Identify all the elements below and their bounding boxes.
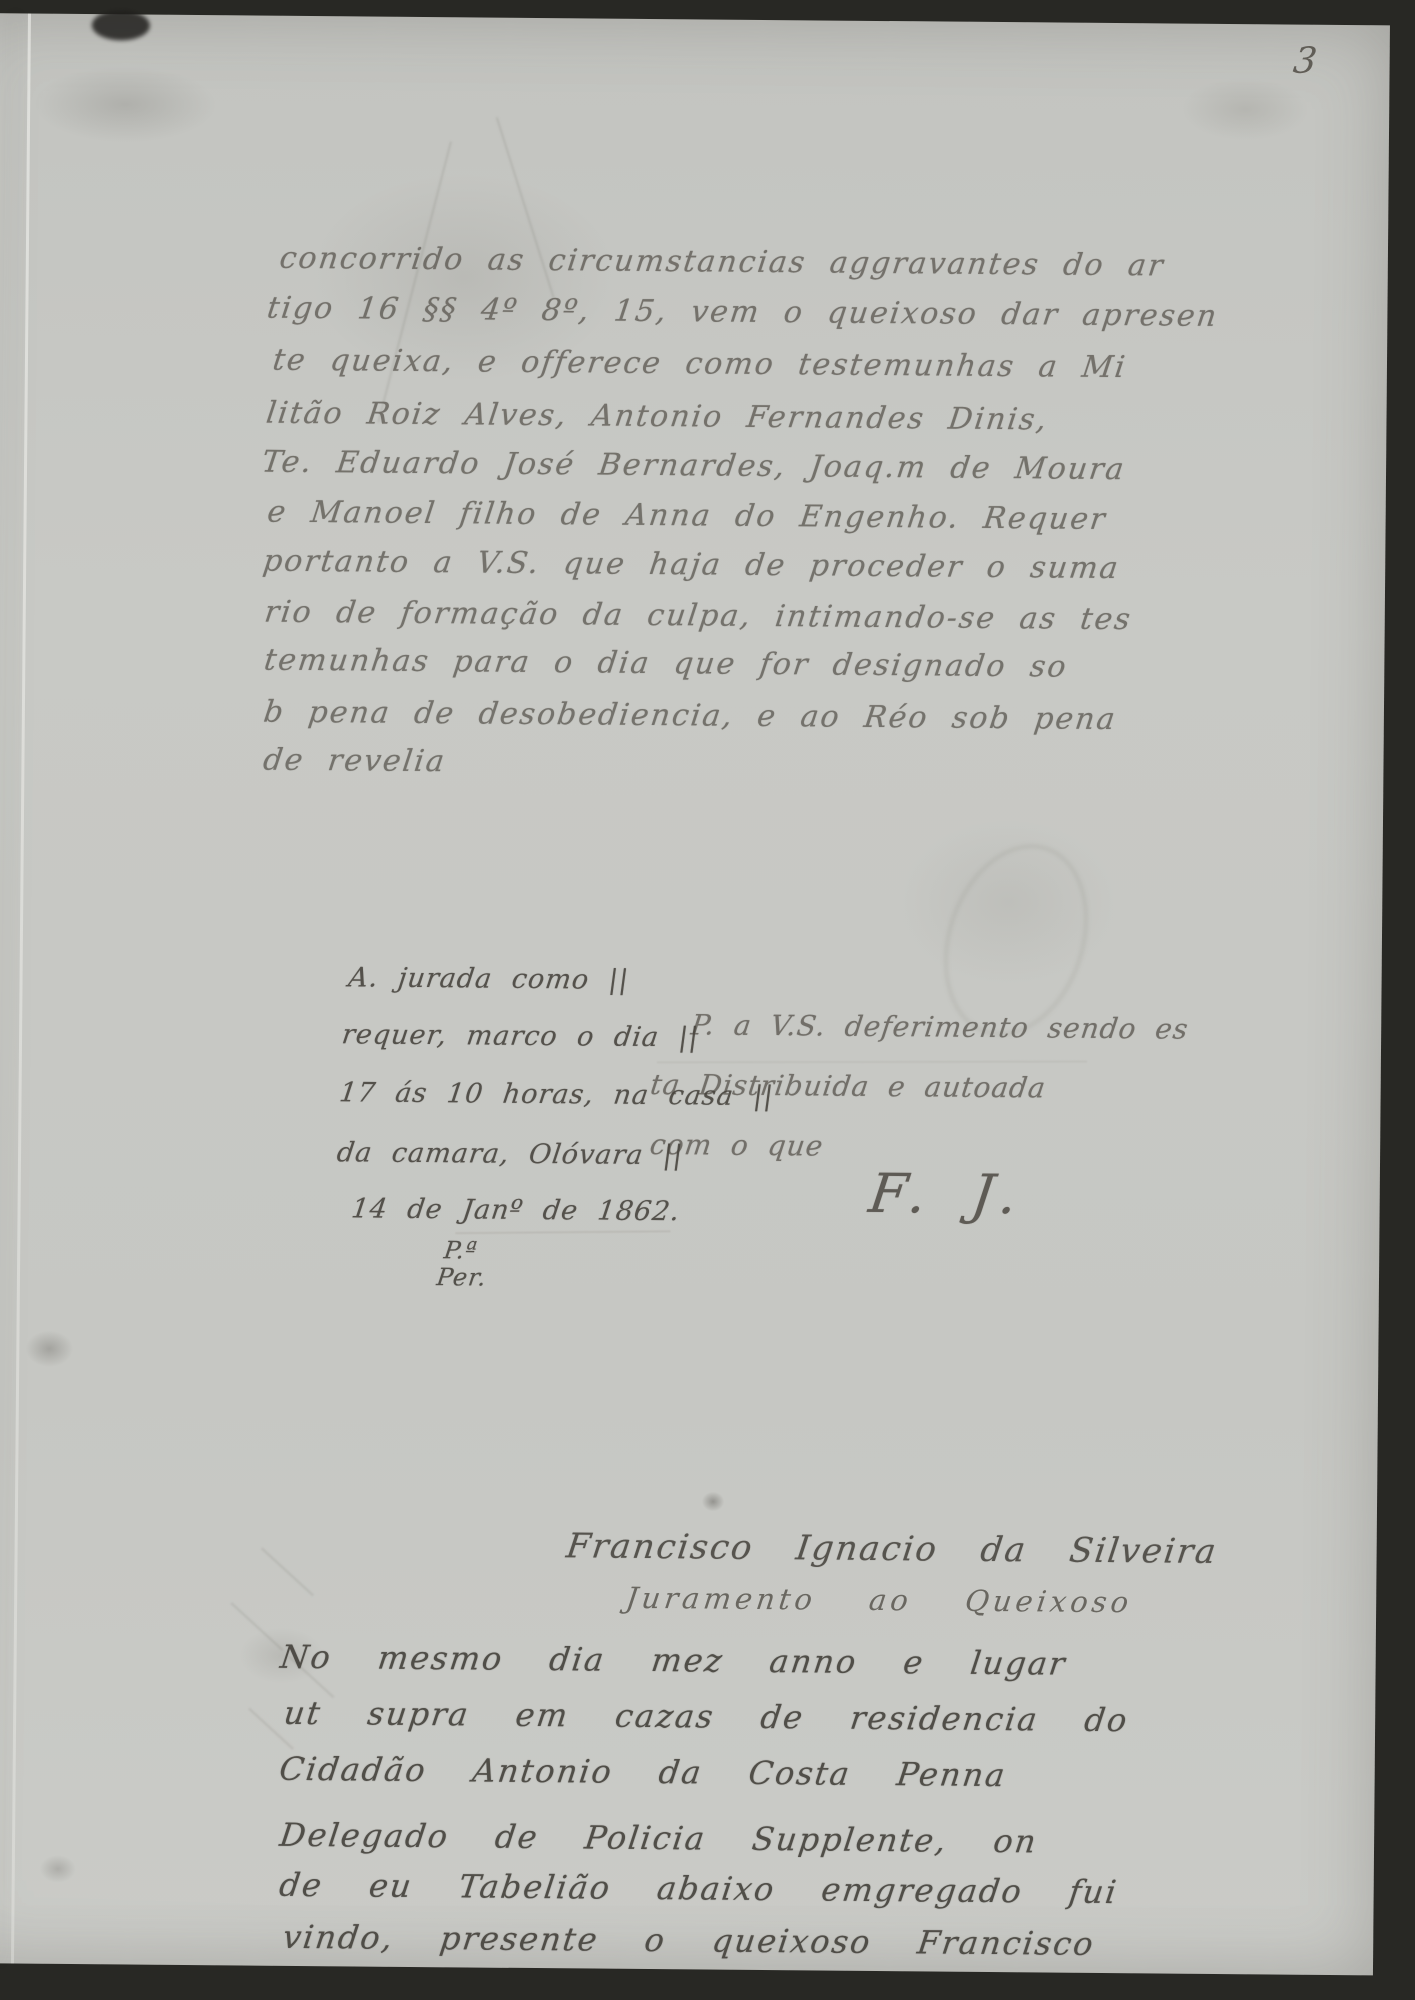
despacho-right-line: P. a V.S. deferimento sendo es <box>689 1008 1191 1045</box>
term-line: Cidadão Antonio da Costa Penna <box>277 1750 1009 1794</box>
petition-line: litão Roiz Alves, Antonio Fernandes Dini… <box>264 396 1050 438</box>
term-line: ut supra em cazas de residencia do <box>282 1694 1131 1739</box>
petition-line: concorrido as circumstancias aggravantes… <box>278 241 1167 284</box>
despacho-left-initial: Per. <box>435 1263 488 1291</box>
petition-line: b pena de desobediencia, e ao Réo sob pe… <box>262 695 1119 737</box>
term-line: No mesmo dia mez anno e lugar <box>278 1638 1069 1683</box>
despacho-left-line: 14 de Janº de 1862. <box>350 1193 683 1227</box>
page-number: 3 <box>1291 41 1319 82</box>
petition-line: temunhas para o dia que for designado so <box>262 643 1070 685</box>
manuscript-page: 3 concorrido as circumstancias aggravant… <box>0 13 1390 1975</box>
ghost-hatch <box>230 1602 283 1651</box>
despacho-left-line: A. jurada como || <box>347 962 631 995</box>
petition-line: portanto a V.S. que haja de proceder o s… <box>261 544 1122 586</box>
petition-line: Te. Eduardo José Bernardes, Joaq.m de Mo… <box>260 445 1128 487</box>
petition-line: tigo 16 §§ 4º 8º, 15, vem o queixoso dar… <box>265 291 1220 334</box>
despacho-left-line: requer, marco o dia || <box>340 1019 701 1053</box>
petition-line: de revelia <box>261 743 448 780</box>
ghost-hatch <box>261 1547 314 1596</box>
term-line: de eu Tabelião abaixo emgregado fui <box>277 1866 1120 1911</box>
despacho-left-initial: P.ª <box>442 1236 479 1264</box>
term-line: vindo, presente o queixoso Francisco <box>281 1918 1097 1963</box>
ink-blot <box>92 10 150 41</box>
underline <box>455 1230 670 1234</box>
petition-line: e Manoel filho de Anna do Engenho. Reque… <box>265 495 1108 537</box>
party-name: Francisco Ignacio da Silveira <box>564 1526 1220 1572</box>
page-crease <box>11 14 31 1964</box>
term-title: Juramento ao Queixoso <box>624 1581 1135 1619</box>
signature-initials: F. J. <box>866 1162 1031 1226</box>
term-line: Delegado de Policia Supplente, on <box>278 1816 1040 1861</box>
despacho-right-line: ta Distribuida e autoada <box>649 1068 1049 1104</box>
despacho-left-line: da camara, Olóvara || <box>335 1137 685 1171</box>
despacho-right-line: com o que <box>648 1128 826 1162</box>
ghost-stroke <box>377 141 452 422</box>
petition-line: rio de formação da culpa, intimando-se a… <box>262 595 1134 638</box>
stray-line <box>657 1061 1087 1064</box>
petition-line: te queixa, e offerece como testemunhas a… <box>271 343 1129 385</box>
